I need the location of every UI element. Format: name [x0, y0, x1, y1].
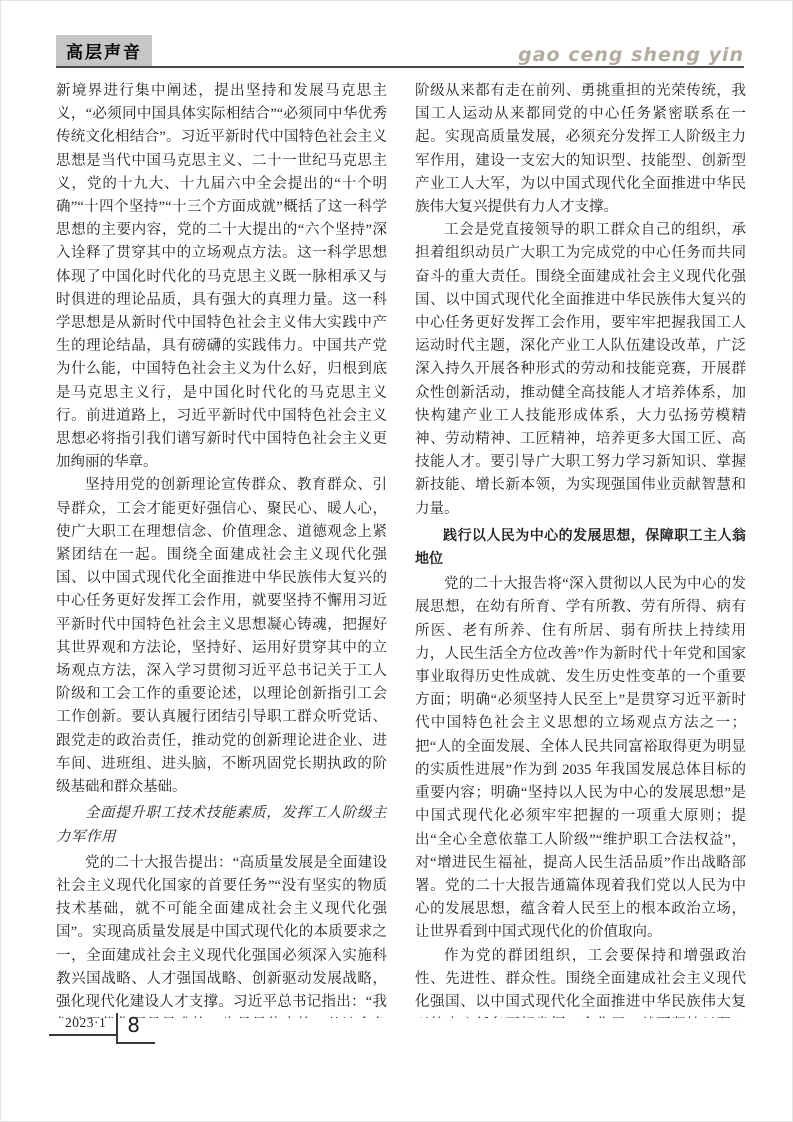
page-footer: 2023·1 8	[49, 1013, 155, 1044]
page-number: 8	[118, 1013, 155, 1044]
paragraph: 工会是党直接领导的职工群众自己的组织，承担着组织动员广大职工为完成党的中心任务而…	[415, 219, 746, 521]
magazine-page: 高层声音 gao ceng sheng yin 新境界进行集中阐述，提出坚持和发…	[0, 0, 793, 1122]
column-right: 阶级从来都有走在前列、勇挑重担的光荣传统，我国工人运动从来都同党的中心任务紧密联…	[415, 80, 746, 1018]
paragraph: 作为党的群团组织，工会要保持和增强政治性、先进性、群众性。围绕全面建成社会主义现…	[415, 945, 746, 1018]
column-left: 新境界进行集中阐述，提出坚持和发展马克思主义，“必须同中国具体实际相结合”“必须…	[56, 80, 387, 1018]
header-rule	[56, 66, 744, 68]
subheading-worker-skills: 全面提升职工技术技能素质，发挥工人阶级主力军作用	[56, 802, 387, 848]
paragraph: 新境界进行集中阐述，提出坚持和发展马克思主义，“必须同中国具体实际相结合”“必须…	[56, 80, 387, 474]
paragraph: 阶级从来都有走在前列、勇挑重担的光荣传统，我国工人运动从来都同党的中心任务紧密联…	[415, 80, 746, 219]
paragraph: 坚持用党的创新理论宣传群众、教育群众、引导群众，工会才能更好强信心、聚民心、暖人…	[56, 474, 387, 799]
page-header: 高层声音 gao ceng sheng yin	[56, 35, 744, 67]
section-title: 高层声音	[66, 43, 142, 62]
issue-label: 2023·1	[49, 1013, 116, 1036]
article-columns: 新境界进行集中阐述，提出坚持和发展马克思主义，“必须同中国具体实际相结合”“必须…	[56, 80, 746, 1018]
subheading-people-centered: 践行以人民为中心的发展思想，保障职工主人翁地位	[415, 524, 746, 570]
section-title-pinyin: gao ceng sheng yin	[518, 44, 744, 67]
section-title-box: 高层声音	[56, 35, 152, 67]
paragraph: 党的二十大报告提出：“高质量发展是全面建设社会主义现代化国家的首要任务”“没有坚…	[56, 852, 387, 1018]
paragraph: 党的二十大报告将“深入贯彻以人民为中心的发展思想，在幼有所育、学有所教、劳有所得…	[415, 573, 746, 944]
